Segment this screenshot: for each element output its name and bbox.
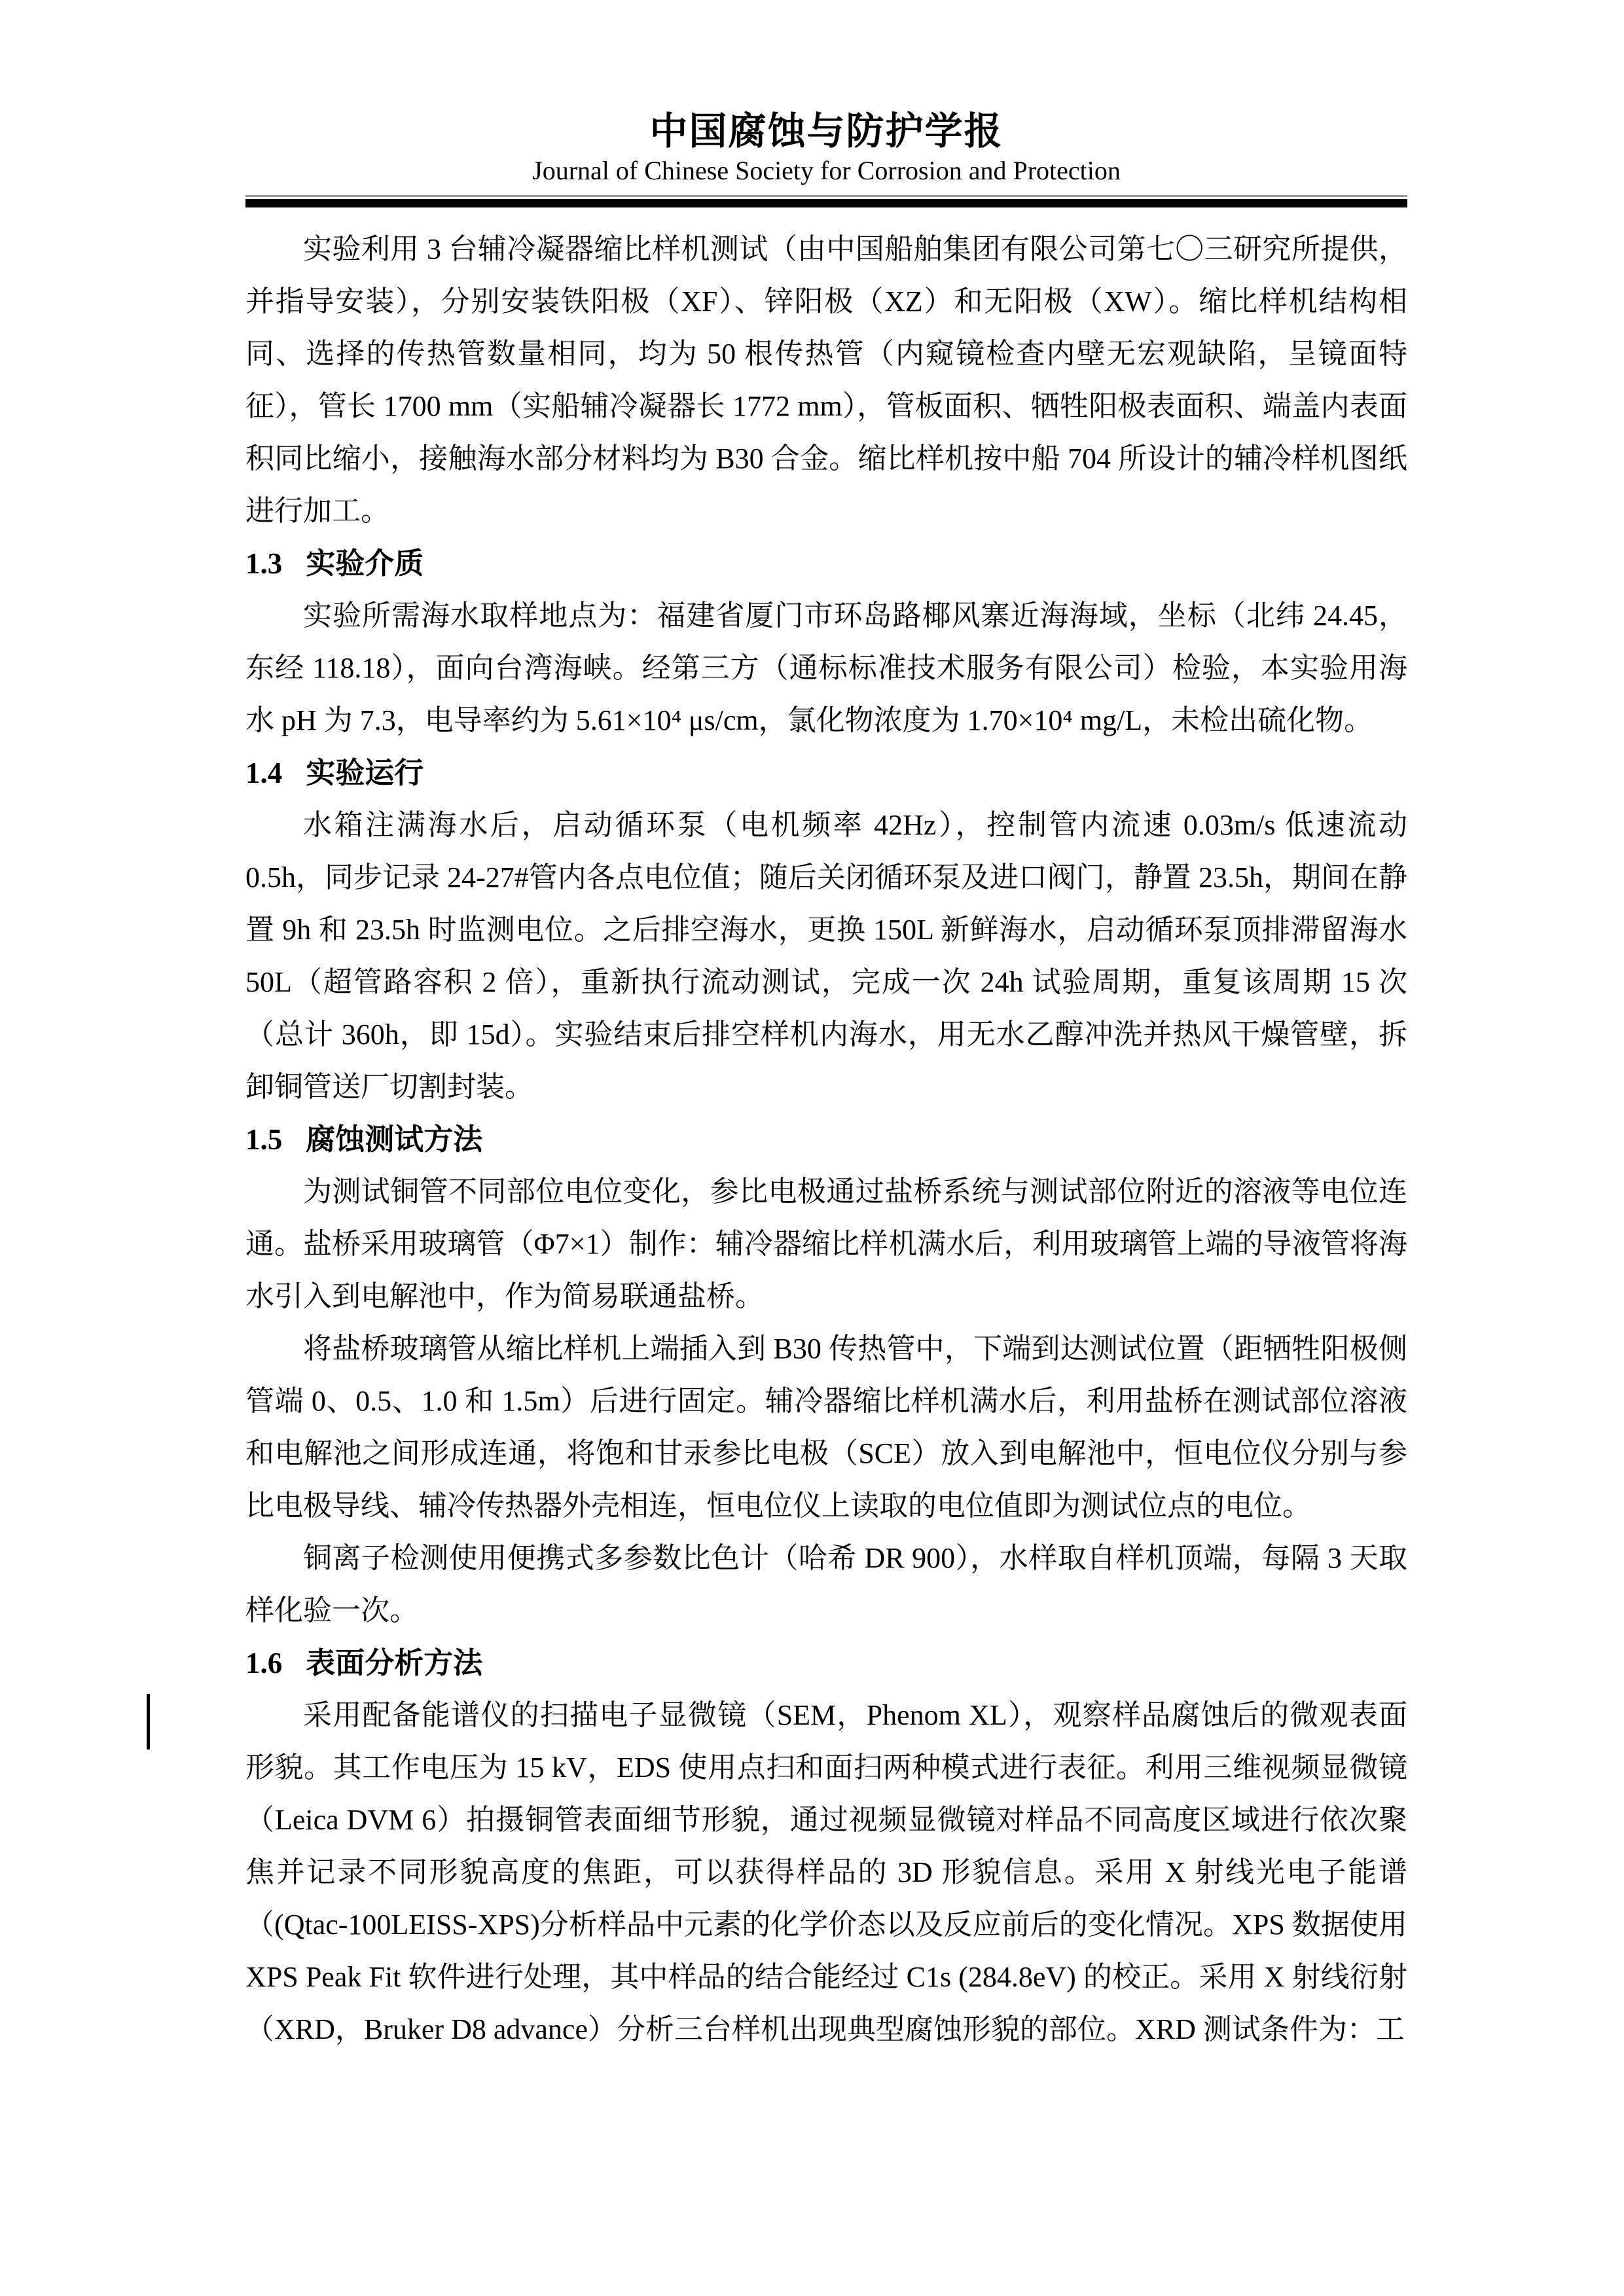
section-number: 1.4 — [245, 757, 282, 789]
section-number: 1.5 — [245, 1123, 282, 1156]
section-title: 腐蚀测试方法 — [306, 1123, 482, 1156]
article-body: 实验利用 3 台辅冷凝器缩比样机测试（由中国船舶集团有限公司第七〇三研究所提供，… — [245, 223, 1407, 2056]
document-page: 中国腐蚀与防护学报 Journal of Chinese Society for… — [0, 0, 1624, 2296]
header-rule-thick-line — [245, 199, 1407, 207]
paragraph-experimental-medium: 实验所需海水取样地点为：福建省厦门市环岛路椰风寨近海海域，坐标（北纬 24.45… — [245, 590, 1407, 747]
journal-title-english: Journal of Chinese Society for Corrosion… — [245, 154, 1407, 187]
section-number: 1.6 — [245, 1647, 282, 1679]
header-rule-thin-line — [245, 195, 1407, 197]
section-heading-1-3: 1.3 实验介质 — [245, 537, 1407, 590]
section-heading-1-5: 1.5 腐蚀测试方法 — [245, 1113, 1407, 1166]
journal-header: 中国腐蚀与防护学报 Journal of Chinese Society for… — [245, 0, 1407, 207]
paragraph-experiment-operation: 水箱注满海水后，启动循环泵（电机频率 42Hz），控制管内流速 0.03m/s … — [245, 799, 1407, 1113]
section-number: 1.3 — [245, 547, 282, 580]
paragraph-corrosion-test-salt-bridge: 为测试铜管不同部位电位变化，参比电极通过盐桥系统与测试部位附近的溶液等电位连通。… — [245, 1166, 1407, 1323]
journal-title-chinese: 中国腐蚀与防护学报 — [245, 110, 1407, 153]
revision-change-bar — [147, 1694, 150, 1749]
section-heading-1-4: 1.4 实验运行 — [245, 747, 1407, 799]
section-title: 表面分析方法 — [306, 1647, 482, 1679]
paragraph-copper-ion-detection: 铜离子检测使用便携式多参数比色计（哈希 DR 900），水样取自样机顶端，每隔 … — [245, 1532, 1407, 1637]
paragraph-apparatus-setup: 实验利用 3 台辅冷凝器缩比样机测试（由中国船舶集团有限公司第七〇三研究所提供，… — [245, 223, 1407, 537]
section-title: 实验介质 — [306, 547, 424, 580]
paragraph-corrosion-test-electrode: 将盐桥玻璃管从缩比样机上端插入到 B30 传热管中，下端到达测试位置（距牺牲阳极… — [245, 1323, 1407, 1532]
paragraph-surface-analysis-methods: 采用配备能谱仪的扫描电子显微镜（SEM，Phenom XL），观察样品腐蚀后的微… — [245, 1689, 1407, 2056]
section-heading-1-6: 1.6 表面分析方法 — [245, 1637, 1407, 1689]
header-rule — [245, 195, 1407, 207]
section-title: 实验运行 — [306, 757, 424, 789]
